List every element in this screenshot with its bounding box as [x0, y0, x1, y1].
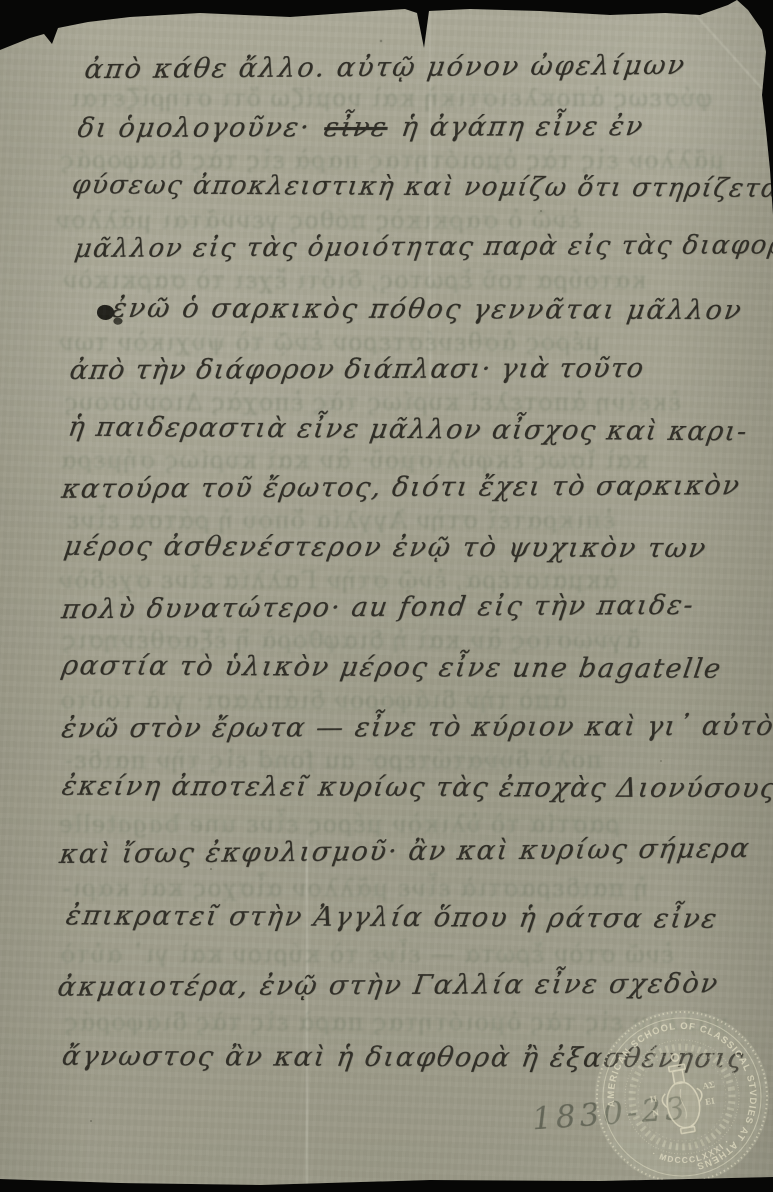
bleedthrough-line: μᾶλλον εἰς τὰς ὁμοιότητας παρὰ εἰς τὰς δ… — [58, 148, 728, 172]
line-text: ἡ παιδεραστιὰ εἶνε μᾶλλον αἶσχος καὶ καρ… — [66, 412, 750, 448]
bleedthrough-line: φύσεως ἀποκλειστικὴ καὶ νομίζω ὅτι στηρί… — [68, 86, 715, 110]
paper-specks — [0, 0, 2, 2]
line-text: μᾶλλον εἰς τὰς ὁμοιότητας παρὰ εἰς τὰς δ… — [62, 1008, 732, 1036]
seal-disc — [581, 996, 773, 1192]
line-text: εἶνε — [322, 112, 389, 143]
line-text: κατούρα τοῦ ἔρωτος, διότι ἔχει τὸ σαρκικ… — [60, 266, 650, 294]
bleedthrough-line: ἐπικρατεῖ στὴν Ἀγγλία ὅπου ἡ ράτσα εἶνε — [64, 508, 618, 532]
bleedthrough-line: ἡ παιδεραστιὰ εἶνε μᾶλλον αἶσχος καὶ καρ… — [60, 876, 651, 900]
bleedthrough-line: κατούρα τοῦ ἔρωτος, διότι ἔχει τὸ σαρκικ… — [60, 268, 649, 292]
line-text: φύσεως ἀποκλειστικὴ καὶ νομίζω ὅτι στηρί… — [70, 170, 773, 204]
bleedthrough-line: μᾶλλον εἰς τὰς ὁμοιότητας παρὰ εἰς τὰς δ… — [62, 1010, 732, 1034]
paper-sheet: φύσεως ἀποκλειστικὴ καὶ νομίζω ὅτι στηρί… — [0, 0, 773, 1192]
seal-wreath-inner — [631, 1046, 733, 1148]
line-text: ἀκμαιοτέρα, ἐνῷ στὴν Γαλλία εἶνε σχεδὸν — [56, 566, 621, 594]
handwritten-line-11: ραστία τὸ ὑλικὸν μέρος εἶνε une bagatell… — [60, 650, 724, 684]
handwritten-line-5: ἐνῶ ὁ σαρκικὸς πόθος γεννᾶται μᾶλλον — [110, 293, 745, 326]
handwritten-line-7: ἡ παιδεραστιὰ εἶνε μᾶλλον αἶσχος καὶ καρ… — [66, 412, 750, 448]
bleedthrough-line: καὶ ἴσως ἐκφυλισμοῦ· ἂν καὶ κυρίως σήμερ… — [58, 448, 651, 472]
bleedthrough-line: ἄγνωστος ἂν καὶ ἡ διαφθορὰ ἢ ἐξασθένησις — [60, 628, 643, 652]
tear-crease — [429, 4, 431, 384]
handwritten-line-3: φύσεως ἀποκλειστικὴ καὶ νομίζω ὅτι στηρί… — [70, 170, 773, 204]
bleedthrough-line: ἐνῶ ὁ σαρκικὸς πόθος γεννᾶται μᾶλλον — [53, 208, 584, 232]
handwritten-line-13: ἐκείνη ἀποτελεῖ κυρίως τὰς ἐποχὰς Διονύσ… — [60, 771, 773, 804]
line-text: ἐνῶ ὁ σαρκικὸς πόθος γεννᾶται μᾶλλον — [53, 206, 584, 234]
ink-blot — [96, 303, 116, 321]
line-text: ἀκμαιοτέρα, ἐνῷ στὴν Γαλλία εἶνε σχεδὸν — [56, 968, 721, 1002]
seal-rim-outer-ring — [590, 1005, 773, 1188]
handwritten-line-14: καὶ ἴσως ἐκφυλισμοῦ· ἂν καὶ κυρίως σήμερ… — [58, 833, 753, 870]
seal-amphora-icon — [655, 1051, 708, 1136]
scan-background: φύσεως ἀποκλειστικὴ καὶ νομίζω ὅτι στηρί… — [0, 0, 773, 1192]
bleedthrough-line: ἐνῶ στὸν ἔρωτα — εἶνε τὸ κύριον καὶ γι᾽ … — [58, 942, 677, 966]
handwritten-line-10: πολὺ δυνατώτερο· au fond εἰς τὴν παιδε- — [60, 590, 697, 625]
seal-wreath — [624, 1039, 740, 1155]
handwritten-line-16: ἀκμαιοτέρα, ἐνῷ στὴν Γαλλία εἶνε σχεδὸν — [56, 968, 721, 1002]
handwritten-line-4: μᾶλλον εἰς τὰς ὁμοιότητας παρὰ εἰς τὰς δ… — [73, 230, 773, 264]
line-text: ἐκείνη ἀποτελεῖ κυρίως τὰς ἐποχὰς Διονύσ… — [62, 388, 684, 416]
line-text: ἐπικρατεῖ στὴν Ἀγγλία ὅπου ἡ ράτσα εἶνε — [64, 900, 720, 934]
line-text: ἐνῶ ὁ σαρκικὸς πόθος γεννᾶται μᾶλλον — [110, 293, 745, 326]
handwritten-line-2: δι ὁμολογοῦνε·εἶνεἡ ἀγάπη εἶνε ἐν — [76, 111, 646, 144]
seal-rim-inner-ring — [616, 1031, 748, 1163]
line-text: καὶ ἴσως ἐκφυλισμοῦ· ἂν καὶ κυρίως σήμερ… — [58, 446, 652, 474]
embossed-seal: AMERICAN SCHOOL OF CLASSICAL STVDIES AT … — [580, 995, 773, 1192]
line-text: ἀπὸ τὴν διάφορον διάπλασι· γιὰ τοῦτο — [58, 686, 571, 714]
handwritten-line-9: μέρος ἀσθενέστερον ἐνῷ τὸ ψυχικὸν των — [62, 531, 709, 564]
bleedthrough-line: ραστία τὸ ὑλικὸν μέρος εἶνε une bagatell… — [56, 812, 622, 836]
handwritten-line-17: ἄγνωστος ἂν καὶ ἡ διαφθορὰ ἢ ἐξασθένησις — [60, 1041, 747, 1074]
line-text: ἡ ἀγάπη εἶνε ἐν — [399, 111, 646, 143]
line-text: ἀπὸ κάθε ἄλλο. αὐτῷ μόνον ὠφελίμων — [83, 50, 688, 85]
seal-rim-text: AMERICAN SCHOOL OF CLASSICAL STVDIES AT … — [594, 1009, 770, 1185]
seal-year: · MDCCCLXXXI · — [649, 1135, 734, 1171]
seal-center-letters: Η Ν ΑΣ ΕΙ — [648, 1079, 718, 1118]
handwritten-line-6: ἀπὸ τὴν διάφορον διάπλασι· γιὰ τοῦτο — [68, 353, 647, 386]
svg-text:ΑΣ: ΑΣ — [702, 1079, 716, 1091]
line-text: ἀπὸ τὴν διάφορον διάπλασι· γιὰ τοῦτο — [68, 353, 647, 386]
handwritten-line-1: ἀπὸ κάθε ἄλλο. αὐτῷ μόνον ὠφελίμων — [83, 50, 688, 85]
line-text: πολὺ δυνατώτερο· au fond εἰς τὴν παιδε- — [60, 590, 697, 625]
bleedthrough-line: πολὺ δυνατώτερο· au fond εἰς τὴν παιδε- — [62, 748, 605, 772]
bleedthrough-line: ἐκείνη ἀποτελεῖ κυρίως τὰς ἐποχὰς Διονύσ… — [62, 390, 684, 414]
line-text: μέρος ἀσθενέστερον ἐνῷ τὸ ψυχικὸν των — [62, 531, 709, 564]
line-text: μᾶλλον εἰς τὰς ὁμοιότητας παρὰ εἰς τὰς δ… — [73, 230, 773, 264]
line-text: ἐνῶ στὸν ἔρωτα — εἶνε τὸ κύριον καὶ γι᾽ … — [58, 940, 677, 968]
handwritten-line-8: κατούρα τοῦ ἔρωτος, διότι ἔχει τὸ σαρκικ… — [60, 470, 743, 505]
svg-text:ΕΙ: ΕΙ — [704, 1095, 716, 1107]
line-text: κατούρα τοῦ ἔρωτος, διότι ἔχει τὸ σαρκικ… — [60, 470, 743, 505]
line-text: ραστία τὸ ὑλικὸν μέρος εἶνε une bagatell… — [56, 810, 623, 838]
bleedthrough-line: ἀκμαιοτέρα, ἐνῷ στὴν Γαλλία εἶνε σχεδὸν — [56, 568, 621, 592]
line-text: ἐκείνη ἀποτελεῖ κυρίως τὰς ἐποχὰς Διονύσ… — [60, 771, 773, 804]
line-text: φύσεως ἀποκλειστικὴ καὶ νομίζω ὅτι στηρί… — [68, 84, 716, 112]
line-text: ἄγνωστος ἂν καὶ ἡ διαφθορὰ ἢ ἐξασθένησις — [60, 1041, 747, 1074]
bleedthrough-line: μέρος ἀσθενέστερον ἐνῷ τὸ ψυχικὸν των — [56, 330, 603, 354]
line-text: καὶ ἴσως ἐκφυλισμοῦ· ἂν καὶ κυρίως σήμερ… — [58, 833, 753, 870]
verso-bleedthrough-layer: φύσεως ἀποκλειστικὴ καὶ νομίζω ὅτι στηρί… — [0, 0, 773, 1192]
pencil-archival-number: 1830-23 — [531, 1091, 690, 1138]
line-text: δι ὁμολογοῦνε· — [76, 112, 313, 144]
line-text: ἄγνωστος ἂν καὶ ἡ διαφθορὰ ἢ ἐξασθένησις — [60, 626, 644, 654]
svg-text:Ν: Ν — [652, 1107, 661, 1118]
handwritten-line-15: ἐπικρατεῖ στὴν Ἀγγλία ὅπου ἡ ράτσα εἶνε — [64, 900, 720, 934]
seal-outer-dotted-ring — [584, 999, 773, 1192]
line-text: μέρος ἀσθενέστερον ἐνῷ τὸ ψυχικὸν των — [56, 328, 604, 356]
bleedthrough-line: ἀπὸ τὴν διάφορον διάπλασι· γιὰ τοῦτο — [58, 688, 570, 712]
vertical-crease — [306, 840, 308, 1192]
handwriting-layer: ἀπὸ κάθε ἄλλο. αὐτῷ μόνον ὠφελίμωνδι ὁμο… — [0, 0, 773, 1192]
corner-crease — [688, 7, 763, 90]
line-text: πολὺ δυνατώτερο· au fond εἰς τὴν παιδε- — [62, 746, 605, 774]
line-text: ἐπικρατεῖ στὴν Ἀγγλία ὅπου ἡ ράτσα εἶνε — [64, 506, 618, 534]
svg-text:Η: Η — [649, 1093, 658, 1104]
line-text: ἐνῶ στὸν ἔρωτα — εἶνε τὸ κύριον καὶ γι᾽ … — [60, 711, 773, 744]
line-text: μᾶλλον εἰς τὰς ὁμοιότητας παρὰ εἰς τὰς δ… — [58, 146, 728, 174]
handwritten-line-12: ἐνῶ στὸν ἔρωτα — εἶνε τὸ κύριον καὶ γι᾽ … — [60, 711, 773, 744]
line-text: ραστία τὸ ὑλικὸν μέρος εἶνε une bagatell… — [60, 650, 724, 684]
line-text: ἡ παιδεραστιὰ εἶνε μᾶλλον αἶσχος καὶ καρ… — [60, 874, 652, 902]
